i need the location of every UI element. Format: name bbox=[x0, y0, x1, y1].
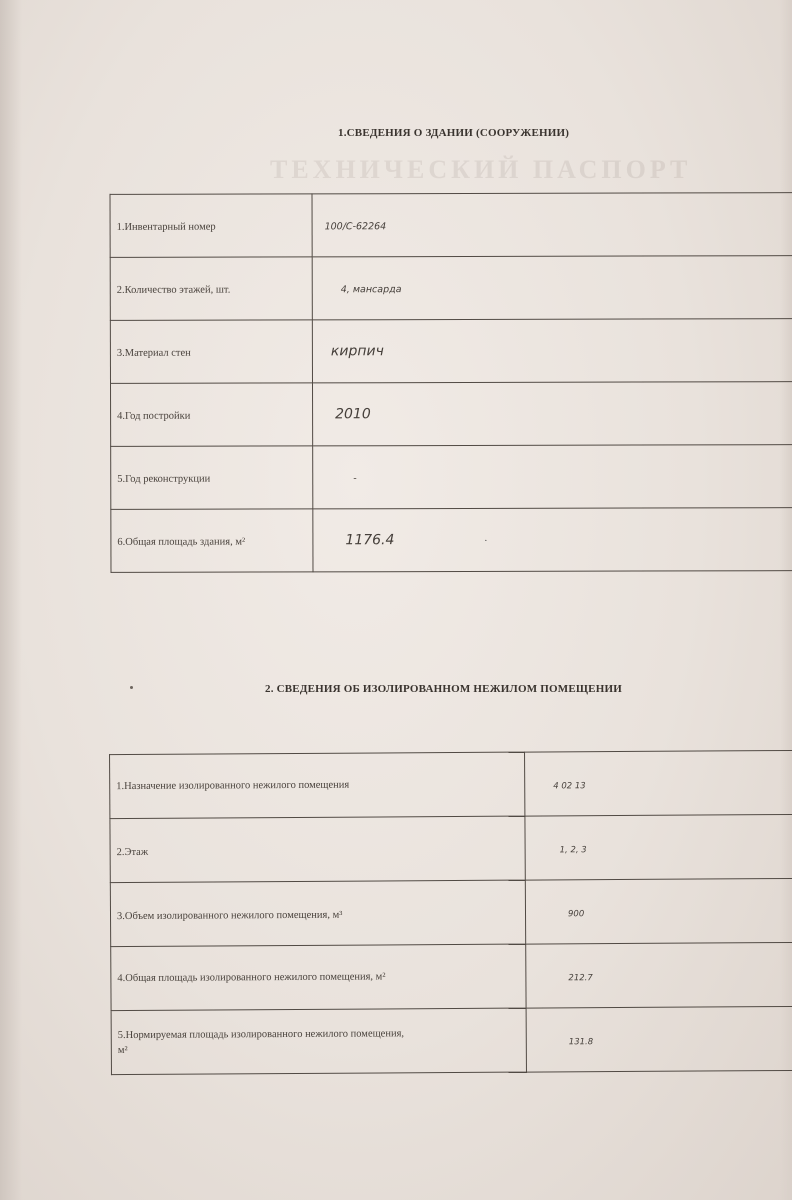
row-value: 900 bbox=[525, 878, 792, 944]
reconstruction-year-value: - bbox=[319, 473, 356, 484]
row-label: 3.Материал стен bbox=[110, 320, 312, 384]
premises-total-area-value: 212.7 bbox=[532, 973, 592, 983]
total-area-value: 1176.4 bbox=[319, 532, 394, 548]
row-label: 5.Год реконструкции bbox=[111, 446, 313, 510]
volume-value: 900 bbox=[532, 909, 584, 919]
table-row: 1.Инвентарный номер 100/С-62264 bbox=[110, 193, 792, 258]
purpose-value: 4 02 13 bbox=[531, 781, 586, 791]
row-value: - bbox=[313, 445, 792, 509]
bleed-through-heading: ТЕХНИЧЕСКИЙ ПАСПОРТ bbox=[270, 155, 691, 185]
row-value: 4, мансарда bbox=[312, 256, 792, 320]
wall-material-value: кирпич bbox=[319, 343, 384, 359]
table-row: 2.Этаж 1, 2, 3 bbox=[110, 814, 792, 882]
floor-value: 1, 2, 3 bbox=[532, 845, 587, 855]
document-page: ТЕХНИЧЕСКИЙ ПАСПОРТ 1.СВЕДЕНИЯ О ЗДАНИИ … bbox=[0, 0, 792, 1200]
row-value: 100/С-62264 bbox=[312, 193, 792, 257]
stray-dot bbox=[130, 686, 133, 689]
table-row: 2.Количество этажей, шт. 4, мансарда bbox=[110, 256, 792, 321]
table-row: 6.Общая площадь здания, м² 1176.4 bbox=[111, 508, 792, 573]
row-label: 1.Назначение изолированного нежилого пом… bbox=[110, 752, 525, 819]
table-row: 5.Нормируемая площадь изолированного неж… bbox=[111, 1006, 792, 1074]
premises-info-table: 1.Назначение изолированного нежилого пом… bbox=[109, 750, 792, 1075]
floors-count-value: 4, мансарда bbox=[319, 284, 402, 295]
stray-mark: · bbox=[484, 535, 488, 547]
section-2-title: 2. СВЕДЕНИЯ ОБ ИЗОЛИРОВАННОМ НЕЖИЛОМ ПОМ… bbox=[265, 683, 622, 695]
page-shadow-left bbox=[0, 0, 22, 1200]
table-row: 5.Год реконструкции - bbox=[111, 445, 792, 510]
building-info-table: 1.Инвентарный номер 100/С-62264 2.Количе… bbox=[110, 192, 792, 573]
row-label: 6.Общая площадь здания, м² bbox=[111, 509, 313, 573]
table-row: 4.Общая площадь изолированного нежилого … bbox=[111, 942, 792, 1010]
table-row: 3.Материал стен кирпич bbox=[110, 319, 792, 384]
row-label: 3.Объем изолированного нежилого помещени… bbox=[110, 880, 525, 947]
inventory-number-value: 100/С-62264 bbox=[319, 221, 387, 232]
row-value: 1176.4 bbox=[313, 508, 792, 572]
section-1-title: 1.СВЕДЕНИЯ О ЗДАНИИ (СООРУЖЕНИИ) bbox=[338, 127, 569, 139]
row-value: 1, 2, 3 bbox=[525, 814, 792, 880]
row-value: 4 02 13 bbox=[525, 750, 792, 816]
construction-year-value: 2010 bbox=[319, 406, 371, 422]
row-label: 5.Нормируемая площадь изолированного неж… bbox=[111, 1008, 526, 1075]
table-row: 1.Назначение изолированного нежилого пом… bbox=[110, 750, 792, 818]
row-label: 2.Этаж bbox=[110, 816, 525, 883]
table-row: 4.Год постройки 2010 bbox=[111, 382, 792, 447]
row-value: 212.7 bbox=[526, 942, 792, 1008]
row-label: 4.Общая площадь изолированного нежилого … bbox=[111, 944, 526, 1011]
row-value: кирпич bbox=[312, 319, 792, 383]
normalized-area-value: 131.8 bbox=[533, 1037, 593, 1047]
row-label: 4.Год постройки bbox=[111, 383, 313, 447]
row-label: 1.Инвентарный номер bbox=[110, 194, 312, 258]
row-value: 2010 bbox=[313, 382, 792, 446]
row-label: 2.Количество этажей, шт. bbox=[110, 257, 312, 321]
table-row: 3.Объем изолированного нежилого помещени… bbox=[110, 878, 792, 946]
row-value: 131.8 bbox=[526, 1006, 792, 1072]
